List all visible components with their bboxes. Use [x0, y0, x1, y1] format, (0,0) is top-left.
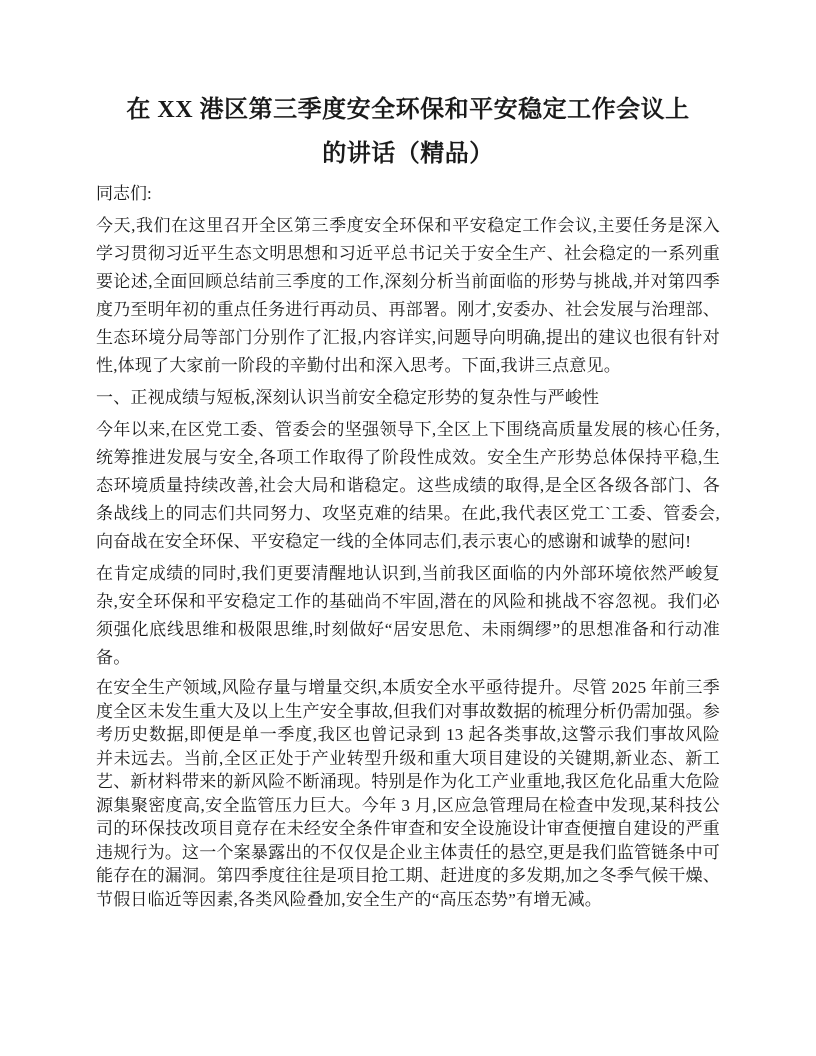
document-page: 在 XX 港区第三季度安全环保和平安稳定工作会议上的讲话（精品） 同志们: 今天…	[0, 0, 816, 1056]
section-heading-1: 一、正视成绩与短板,深刻认识当前安全稳定形势的复杂性与严峻性	[96, 384, 720, 412]
greeting-line: 同志们:	[96, 180, 720, 208]
paragraph-opening: 今天,我们在这里召开全区第三季度安全环保和平安稳定工作会议,主要任务是深入学习贯…	[96, 212, 720, 380]
paragraph-risks-awareness: 在肯定成绩的同时,我们更要清醒地认识到,当前我区面临的内外部环境依然严峻复杂,安…	[96, 560, 720, 672]
document-title: 在 XX 港区第三季度安全环保和平安稳定工作会议上的讲话（精品）	[116, 88, 700, 176]
paragraph-achievements: 今年以来,在区党工委、管委会的坚强领导下,全区上下围绕高质量发展的核心任务,统筹…	[96, 416, 720, 556]
paragraph-production-safety: 在安全生产领域,风险存量与增量交织,本质安全水平亟待提升。尽管 2025 年前三…	[96, 676, 720, 911]
